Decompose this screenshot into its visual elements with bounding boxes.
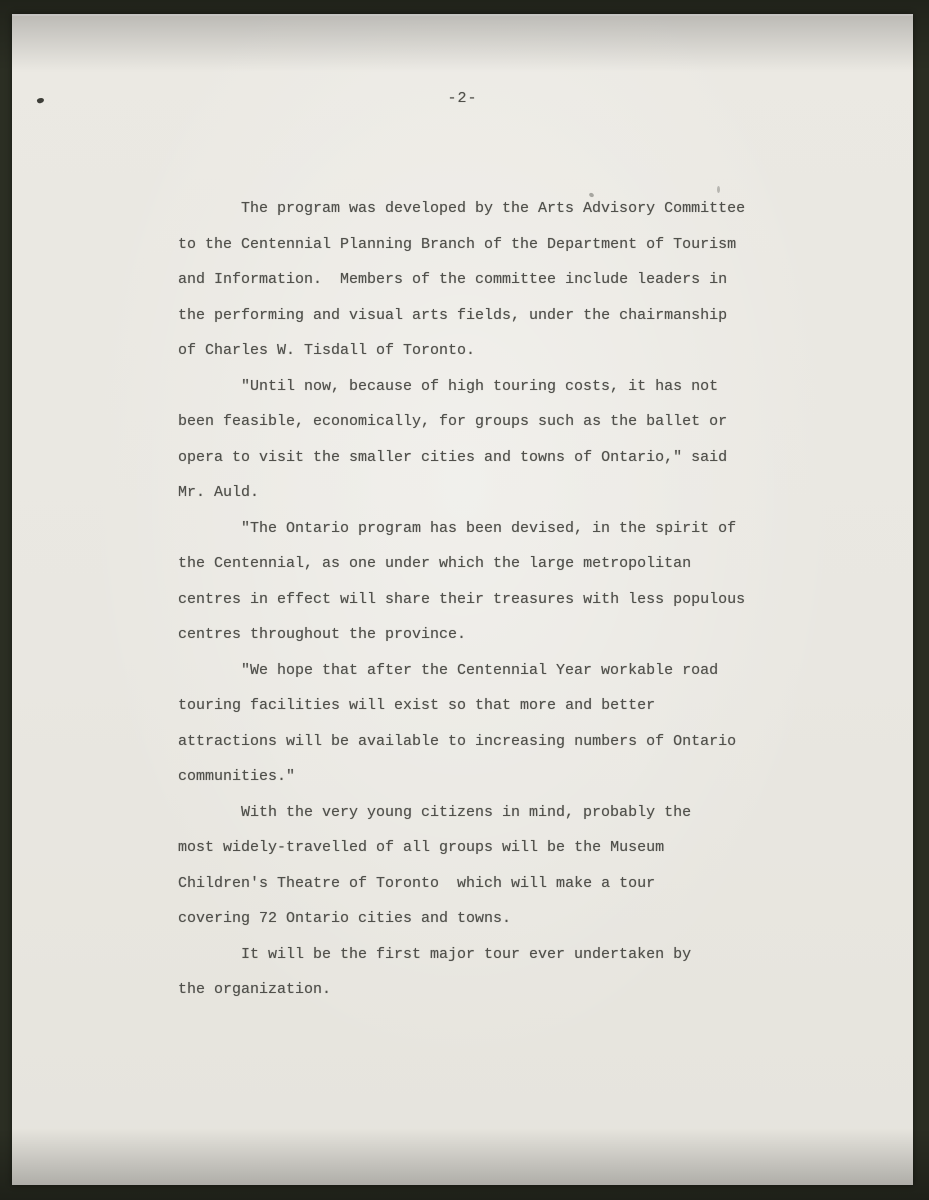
- text-line: the performing and visual arts fields, u…: [178, 298, 778, 334]
- text-line: the Centennial, as one under which the l…: [178, 546, 778, 582]
- text-line: opera to visit the smaller cities and to…: [178, 440, 778, 476]
- text-line: to the Centennial Planning Branch of the…: [178, 227, 778, 263]
- text-line: the organization.: [178, 972, 778, 1008]
- text-line: been feasible, economically, for groups …: [178, 404, 778, 440]
- text-line: most widely-travelled of all groups will…: [178, 830, 778, 866]
- text-line: centres in effect will share their treas…: [178, 582, 778, 618]
- document-body: The program was developed by the Arts Ad…: [178, 191, 778, 1008]
- text-line: of Charles W. Tisdall of Toronto.: [178, 333, 778, 369]
- text-line: centres throughout the province.: [178, 617, 778, 653]
- text-line: attractions will be available to increas…: [178, 724, 778, 760]
- page-number: -2-: [12, 90, 913, 107]
- scanned-document: -2- The program was developed by the Art…: [0, 0, 929, 1200]
- text-line: It will be the first major tour ever und…: [178, 937, 778, 973]
- typewritten-page: -2- The program was developed by the Art…: [12, 14, 913, 1185]
- text-line: Mr. Auld.: [178, 475, 778, 511]
- text-line: With the very young citizens in mind, pr…: [178, 795, 778, 831]
- text-line: covering 72 Ontario cities and towns.: [178, 901, 778, 937]
- text-line: and Information. Members of the committe…: [178, 262, 778, 298]
- text-line: "Until now, because of high touring cost…: [178, 369, 778, 405]
- text-line: Children's Theatre of Toronto which will…: [178, 866, 778, 902]
- text-line: The program was developed by the Arts Ad…: [178, 191, 778, 227]
- text-line: touring facilities will exist so that mo…: [178, 688, 778, 724]
- text-line: communities.": [178, 759, 778, 795]
- text-line: "We hope that after the Centennial Year …: [178, 653, 778, 689]
- text-line: "The Ontario program has been devised, i…: [178, 511, 778, 547]
